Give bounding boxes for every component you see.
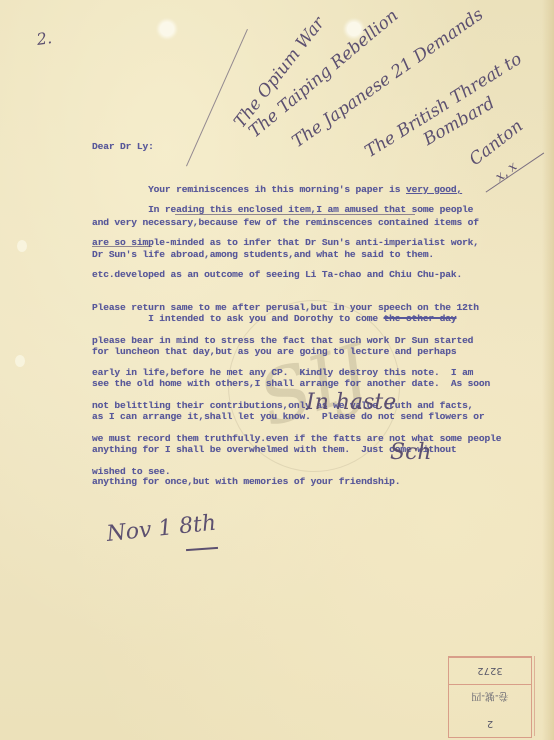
signature: Sch xyxy=(390,440,432,465)
paper-speck xyxy=(17,240,27,252)
stamp-side-column xyxy=(534,656,551,736)
paragraph-2-line: etc.developed as an outcome of seeing Li… xyxy=(92,270,501,281)
date-underline xyxy=(186,547,218,551)
paragraph-3-line: see the old home with others,I shall arr… xyxy=(92,379,490,390)
paper-edge xyxy=(542,0,554,740)
punch-hole xyxy=(160,22,174,36)
annotation-pointer-line xyxy=(186,29,248,166)
paragraph-2-line: are so simple-minded as to infer that Dr… xyxy=(92,238,501,249)
paragraph-3: I intended to ask you and Dorothy to com… xyxy=(92,292,490,510)
paper-speck xyxy=(15,355,25,367)
paragraph-3-line: for luncheon that day,but as you are goi… xyxy=(92,347,490,358)
paragraph-3-line: as I can arrange it,shall let you know. … xyxy=(92,412,490,423)
page-number-mark: 2. xyxy=(35,28,53,49)
stamp-number: 3272 xyxy=(449,657,531,684)
handwritten-date: Nov 1 8th xyxy=(105,511,217,547)
struck-out-text: the other day xyxy=(384,313,457,324)
paragraph-3-line: I intended to ask you and Dorothy to com… xyxy=(92,313,384,324)
closing-in-haste: In haste xyxy=(306,390,396,415)
letter-page: 2. SIJ The Opium War The Taiping Rebelli… xyxy=(0,0,554,740)
pencil-underline xyxy=(175,214,415,215)
annotation-canton: Canton xyxy=(466,116,527,170)
pencil-underline xyxy=(92,246,152,247)
paragraph-3-line: anything for once,but with memories of y… xyxy=(92,477,490,488)
stamp-classification: 卷-號-四 xyxy=(449,684,531,711)
salutation: Dear Dr Ly: xyxy=(92,142,154,153)
archive-stamp: 3272 卷-號-四 2 xyxy=(448,656,554,740)
stamp-frame: 3272 卷-號-四 2 xyxy=(448,656,532,738)
stamp-sheet: 2 xyxy=(449,711,531,737)
